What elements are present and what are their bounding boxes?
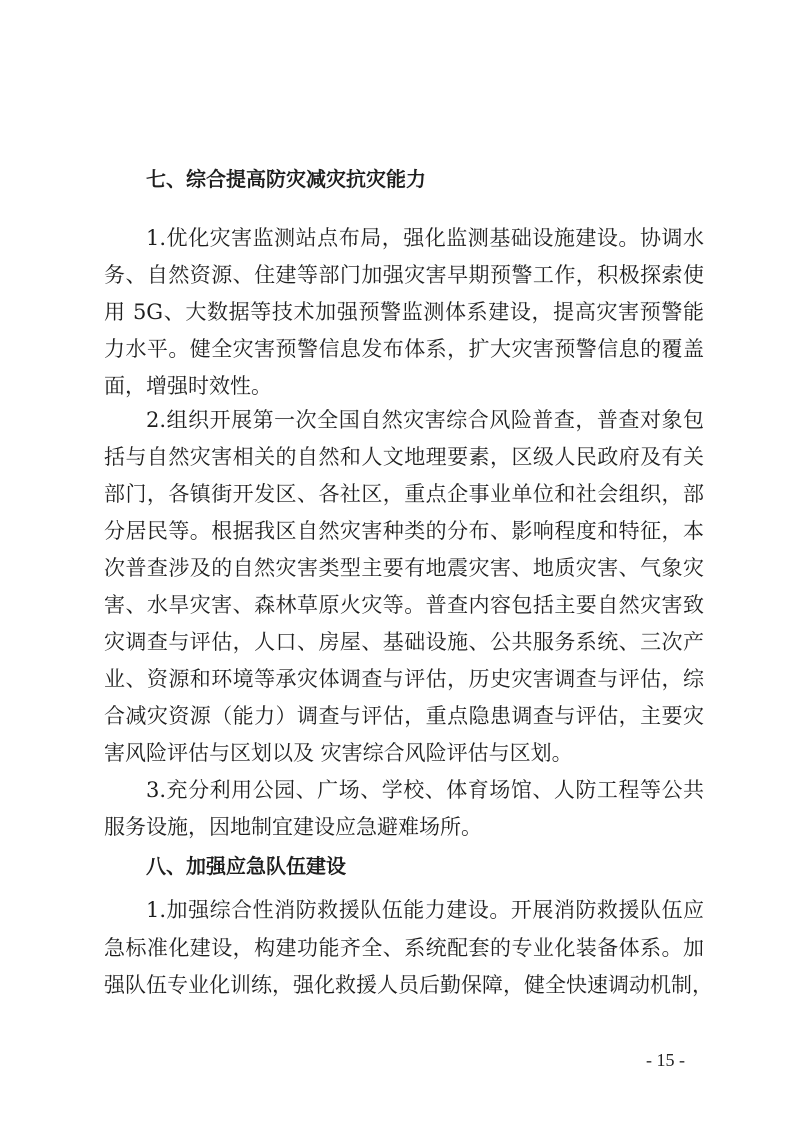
paragraph-line: 面，增强时效性。 (104, 369, 704, 403)
paragraph-line: 服务设施，因地制宜建设应急避难场所。 (104, 810, 704, 844)
paragraph-line: 括与自然灾害相关的自然和人文地理要素，区级人民政府及有关 (104, 440, 704, 474)
paragraph-line: 强队伍专业化训练，强化救援人员后勤保障，健全快速调动机制， (104, 968, 704, 1002)
paragraph-line: 1.加强综合性消防救援队伍能力建设。开展消防救援队伍应 (146, 893, 704, 927)
paragraph-line: 合减灾资源（能力）调查与评估，重点隐患调查与评估，主要灾 (104, 699, 704, 733)
paragraph-line: 力水平。健全灾害预警信息发布体系，扩大灾害预警信息的覆盖 (104, 332, 704, 366)
paragraph-line: 分居民等。根据我区自然灾害种类的分布、影响程度和特征，本 (104, 514, 704, 548)
section-heading-8: 八、加强应急队伍建设 (146, 849, 704, 883)
section-heading-7: 七、综合提高防灾减灾抗灾能力 (146, 162, 704, 196)
paragraph-line: 害、水旱灾害、森林草原火灾等。普查内容包括主要自然灾害致 (104, 588, 704, 622)
paragraph-line: 急标准化建设，构建功能齐全、系统配套的专业化装备体系。加 (104, 931, 704, 965)
paragraph-line: 灾调查与评估，人口、房屋、基础设施、公共服务系统、三次产 (104, 625, 704, 659)
paragraph-line: 次普查涉及的自然灾害类型主要有地震灾害、地质灾害、气象灾 (104, 551, 704, 585)
paragraph-line: 1.优化灾害监测站点布局，强化监测基础设施建设。协调水 (146, 221, 704, 255)
document-page: 七、综合提高防灾减灾抗灾能力 1.优化灾害监测站点布局，强化监测基础设施建设。协… (0, 0, 793, 1122)
page-number: - 15 - (646, 1050, 685, 1071)
paragraph-line: 业、资源和环境等承灾体调查与评估，历史灾害调查与评估，综 (104, 662, 704, 696)
paragraph-line: 2.组织开展第一次全国自然灾害综合风险普查，普查对象包 (146, 403, 704, 437)
paragraph-line: 部门，各镇街开发区、各社区，重点企事业单位和社会组织，部 (104, 477, 704, 511)
paragraph-line: 3.充分利用公园、广场、学校、体育场馆、人防工程等公共 (146, 773, 704, 807)
paragraph-line: 用 5G、大数据等技术加强预警监测体系建设，提高灾害预警能 (104, 295, 704, 329)
paragraph-line: 务、自然资源、住建等部门加强灾害早期预警工作，积极探索使 (104, 258, 704, 292)
paragraph-line: 害风险评估与区划以及 灾害综合风险评估与区划。 (104, 736, 704, 770)
